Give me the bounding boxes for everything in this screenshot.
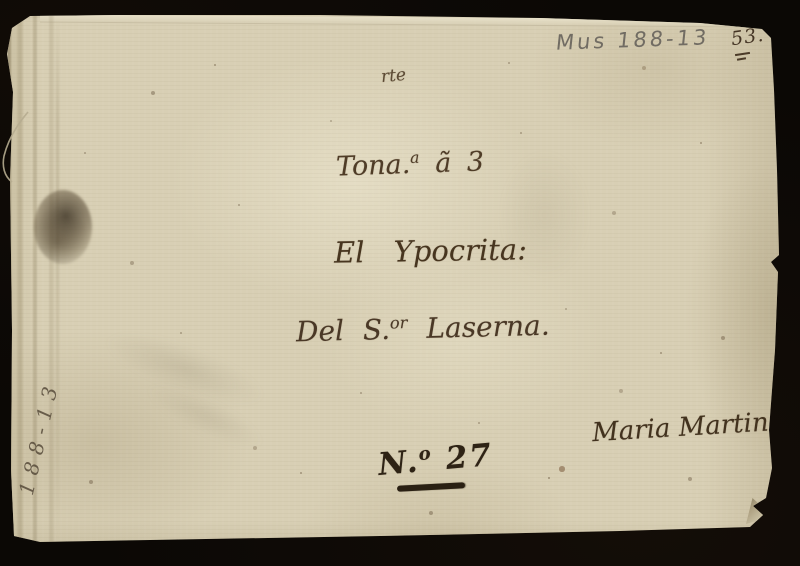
manuscript-photo: Mus 188-13 53. rte Tona.a ã 3 El Ypocrit… [0,0,800,566]
loose-binding-thread [0,106,42,192]
folio-number: 53. [730,24,766,50]
genre-title-line: Tona.a ã 3 [335,145,484,182]
vertical-crease [56,20,59,540]
composer-text: Del S. [296,313,391,348]
work-title-line: El Ypocrita: [334,232,528,269]
abbreviation-mark: rte [380,65,407,87]
genre-scoring: ã 3 [419,146,484,179]
number-text: N. [377,443,421,482]
number-value: 27 [432,437,495,478]
owner-signature: Maria Martinez [591,406,798,449]
folio-number-block: 53. [731,26,771,66]
manuscript-cover-page: Mus 188-13 53. rte Tona.a ã 3 El Ypocrit… [0,0,800,566]
foxing-speckles [0,0,2,2]
composer-superscript: or [390,313,408,332]
folio-underline [737,57,746,60]
number-underline-stroke [397,482,465,492]
composer-name: Laserna. [407,309,550,346]
ink-stain [34,190,92,264]
folio-underline [735,52,750,56]
dog-eared-corner [746,498,772,524]
composer-line: Del S.or Laserna. [296,309,550,349]
number-line: N.o 27 [377,437,495,483]
catalog-number-pencil: Mus 188-13 [555,25,711,54]
genre-text: Tona. [336,149,411,183]
page-block-top-edge [40,15,756,28]
